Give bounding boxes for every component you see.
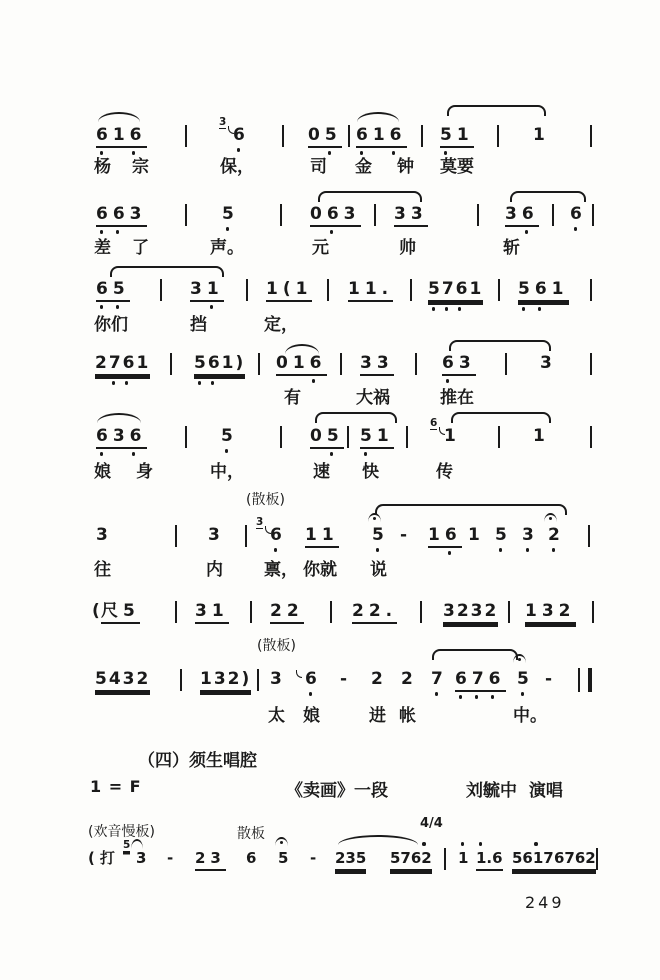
grace-note: 3 bbox=[256, 516, 263, 529]
octave-dot-low bbox=[526, 548, 530, 552]
grace-note: 6 bbox=[430, 417, 437, 430]
note-group: 51 bbox=[360, 425, 394, 449]
barline bbox=[592, 601, 594, 623]
note-group: 2761 bbox=[95, 352, 150, 376]
lyric-syllable: 娘 bbox=[303, 706, 320, 726]
barline bbox=[592, 204, 594, 226]
barline bbox=[410, 279, 412, 301]
note-group: 1.6 bbox=[476, 847, 503, 871]
tempo-label: (欢音慢板) bbox=[88, 821, 155, 841]
barline bbox=[588, 525, 590, 547]
note-group: 5 bbox=[278, 847, 293, 869]
note-group: 23 bbox=[195, 847, 226, 871]
octave-dot-low bbox=[125, 381, 129, 385]
note-group: 3 bbox=[540, 352, 557, 374]
octave-dot-low bbox=[116, 230, 120, 234]
note-group: 5 bbox=[517, 668, 534, 690]
note-group: 5 bbox=[222, 203, 239, 225]
note-group: 5432 bbox=[95, 668, 150, 692]
note-group: 235 bbox=[335, 847, 366, 871]
note-group: 16 bbox=[428, 524, 462, 548]
lyric-syllable: 差 bbox=[94, 238, 111, 258]
note-group: 016 bbox=[276, 352, 327, 376]
grace-note: 3 bbox=[219, 116, 226, 129]
note-group: 1 bbox=[533, 425, 550, 447]
lyric-syllable: 斩 bbox=[503, 238, 520, 258]
note-group: 1 bbox=[533, 124, 550, 146]
barline bbox=[250, 601, 252, 623]
lyric-syllable: 大祸 bbox=[356, 388, 390, 408]
note-group: 33 bbox=[360, 352, 394, 376]
note-group: 561) bbox=[194, 352, 245, 376]
octave-dot-low bbox=[330, 452, 334, 456]
note-group: 636 bbox=[96, 425, 147, 449]
note-group: 1 bbox=[468, 524, 485, 546]
barline bbox=[246, 279, 248, 301]
octave-dot-low bbox=[312, 379, 316, 383]
note-group: 6 bbox=[246, 847, 261, 869]
octave-dot-low bbox=[274, 548, 278, 552]
note-group: 5 bbox=[495, 524, 512, 546]
barline bbox=[477, 204, 479, 226]
lyric-syllable: 挡 bbox=[190, 315, 207, 335]
lyric-syllable: 说 bbox=[370, 560, 387, 580]
note-group: 22 bbox=[270, 600, 304, 624]
octave-dot-low bbox=[552, 548, 556, 552]
note-group: 616 bbox=[356, 124, 407, 148]
octave-dot-low bbox=[435, 692, 439, 696]
note-group: 6762 bbox=[554, 847, 596, 871]
tempo-label: (散板) bbox=[257, 635, 296, 655]
note-group: 36 bbox=[505, 203, 539, 227]
octave-dot-low bbox=[112, 381, 116, 385]
note-group: 11 bbox=[305, 524, 339, 548]
note-group: 31 bbox=[190, 278, 224, 302]
barline bbox=[348, 125, 350, 147]
note-group: 5 bbox=[221, 425, 238, 447]
note-group: 63 bbox=[442, 352, 476, 376]
barline bbox=[498, 279, 500, 301]
note-group: 22. bbox=[352, 600, 397, 624]
barline bbox=[257, 669, 259, 691]
lyric-syllable: 钟 bbox=[397, 157, 414, 177]
tempo-label: 散板 bbox=[237, 823, 265, 843]
note-group: 2 bbox=[548, 524, 565, 546]
slur-bracket bbox=[510, 191, 586, 202]
barline bbox=[590, 353, 592, 375]
octave-dot-low bbox=[328, 151, 332, 155]
barline bbox=[505, 353, 507, 375]
slur-bracket bbox=[432, 649, 518, 660]
octave-dot-low bbox=[309, 692, 313, 696]
barline bbox=[185, 204, 187, 226]
note-group: 6 bbox=[270, 524, 287, 546]
slur-bracket bbox=[449, 340, 551, 351]
octave-dot-low bbox=[499, 548, 503, 552]
barline bbox=[590, 279, 592, 301]
lyric-syllable: 杨 bbox=[94, 157, 111, 177]
barline bbox=[420, 601, 422, 623]
octave-dot-low bbox=[100, 452, 104, 456]
octave-dot-low bbox=[521, 692, 525, 696]
octave-dot-low bbox=[198, 381, 202, 385]
lyric-syllable: 进 bbox=[369, 706, 386, 726]
barline bbox=[175, 525, 177, 547]
slur-arc bbox=[97, 413, 141, 423]
grace-hook bbox=[296, 670, 302, 678]
octave-dot-high bbox=[534, 842, 538, 846]
note-group: (打 bbox=[88, 847, 120, 869]
barline bbox=[444, 848, 446, 870]
lyric-syllable: 推在 bbox=[440, 388, 474, 408]
note-group: 6 bbox=[233, 124, 250, 146]
octave-dot-high bbox=[461, 842, 465, 846]
note-group: - bbox=[167, 847, 178, 869]
note-group: 6 bbox=[570, 203, 587, 225]
octave-dot-low bbox=[100, 151, 104, 155]
lyric-syllable: 宗 bbox=[132, 157, 149, 177]
barline bbox=[374, 204, 376, 226]
lyric-syllable: 帅 bbox=[399, 238, 416, 258]
barline bbox=[596, 848, 598, 870]
note-group: 7 bbox=[431, 668, 448, 690]
slur-arc bbox=[285, 344, 319, 354]
lyric-syllable: 传 bbox=[436, 462, 453, 482]
octave-dot-low bbox=[459, 695, 463, 699]
octave-dot-low bbox=[522, 307, 526, 311]
barline bbox=[180, 669, 182, 691]
barline bbox=[185, 125, 187, 147]
lyric-syllable: 保， bbox=[220, 157, 254, 177]
octave-dot-high bbox=[422, 842, 426, 846]
lyric-syllable: 内 bbox=[206, 560, 223, 580]
note-group: 3 bbox=[270, 668, 287, 690]
barline bbox=[175, 601, 177, 623]
barline bbox=[280, 204, 282, 226]
barline bbox=[406, 426, 408, 448]
scanned-jianpu-score-page: （四）须生唱腔 1 = F 《卖画》一段 刘毓中 演唱 249 61636056… bbox=[0, 0, 660, 980]
octave-dot-low bbox=[448, 551, 452, 555]
barline bbox=[497, 125, 499, 147]
page-number: 249 bbox=[525, 893, 565, 912]
lyric-syllable: 快 bbox=[362, 462, 379, 482]
octave-dot-low bbox=[458, 307, 462, 311]
note-group: 5761 bbox=[428, 278, 483, 302]
lyric-syllable: 中， bbox=[210, 462, 244, 482]
note-group: 5 bbox=[372, 524, 389, 546]
piece-title: 《卖画》一段 bbox=[286, 776, 388, 801]
note-group: 1 bbox=[444, 425, 461, 447]
note-group: 132) bbox=[200, 668, 251, 692]
note-group: 51 bbox=[440, 124, 474, 148]
lyric-syllable: 了 bbox=[132, 238, 149, 258]
note-group: 5762 bbox=[390, 847, 432, 871]
time-signature: 4/4 bbox=[420, 816, 443, 831]
barline bbox=[280, 426, 282, 448]
barline bbox=[508, 601, 510, 623]
octave-dot-low bbox=[432, 307, 436, 311]
lyric-syllable: 金 bbox=[355, 157, 372, 177]
octave-dot-low bbox=[444, 151, 448, 155]
lyric-syllable: 莫要 bbox=[440, 157, 474, 177]
note-group: 11. bbox=[348, 278, 393, 302]
barline bbox=[590, 426, 592, 448]
lyric-syllable: 你就 bbox=[303, 560, 337, 580]
note-group: 05 bbox=[308, 124, 342, 148]
note-group: 6 bbox=[305, 668, 322, 690]
note-group: 1(1 bbox=[266, 278, 312, 302]
barline bbox=[340, 353, 342, 375]
note-group: 1 bbox=[458, 847, 473, 869]
lyric-syllable: 有 bbox=[284, 388, 301, 408]
octave-dot-low bbox=[100, 230, 104, 234]
note-group: 31 bbox=[195, 600, 229, 624]
note-group: 33 bbox=[394, 203, 428, 227]
performer-credit: 刘毓中 演唱 bbox=[466, 776, 563, 801]
fermata-mark bbox=[513, 654, 526, 663]
note-group: - bbox=[545, 668, 557, 690]
lyric-syllable: 司 bbox=[310, 157, 327, 177]
barline bbox=[160, 279, 162, 301]
note-group: 5617 bbox=[512, 847, 554, 871]
note-group: 063 bbox=[310, 203, 361, 227]
barline bbox=[421, 125, 423, 147]
barline bbox=[258, 353, 260, 375]
note-group: 05 bbox=[310, 425, 344, 449]
slur-bracket bbox=[315, 412, 397, 423]
lyric-syllable: 娘 bbox=[94, 462, 111, 482]
barline bbox=[170, 353, 172, 375]
note-group: 3232 bbox=[443, 600, 498, 624]
barline bbox=[282, 125, 284, 147]
octave-dot-low bbox=[116, 305, 120, 309]
octave-dot-low bbox=[364, 452, 368, 456]
octave-dot-low bbox=[237, 148, 241, 152]
barline bbox=[347, 426, 349, 448]
octave-dot-low bbox=[446, 379, 450, 383]
octave-dot-low bbox=[330, 230, 334, 234]
note-group: 132 bbox=[525, 600, 576, 624]
octave-dot-low bbox=[132, 151, 136, 155]
note-group: 663 bbox=[96, 203, 147, 227]
octave-dot-low bbox=[132, 452, 136, 456]
note-group: 3 bbox=[136, 847, 151, 869]
octave-dot-low bbox=[574, 227, 578, 231]
octave-dot-low bbox=[445, 307, 449, 311]
barline bbox=[330, 601, 332, 623]
octave-dot-low bbox=[226, 227, 230, 231]
note-group: - bbox=[310, 847, 321, 869]
lyric-syllable: 声。 bbox=[210, 238, 244, 258]
octave-dot-low bbox=[475, 695, 479, 699]
slur-bracket bbox=[451, 412, 551, 423]
note-group: 3 bbox=[96, 524, 113, 546]
octave-dot-low bbox=[392, 151, 396, 155]
key-signature: 1 = F bbox=[90, 777, 142, 796]
note-group: 65 bbox=[96, 278, 130, 302]
slur-bracket bbox=[318, 191, 422, 202]
final-barline bbox=[578, 668, 592, 692]
lyric-syllable: 速 bbox=[313, 462, 330, 482]
barline bbox=[498, 426, 500, 448]
lyric-syllable: 中。 bbox=[513, 706, 547, 726]
barline bbox=[245, 525, 247, 547]
tempo-label: (散板) bbox=[246, 489, 285, 509]
barline bbox=[590, 125, 592, 147]
barline bbox=[552, 204, 554, 226]
note-group: 3 bbox=[208, 524, 225, 546]
slur-bracket bbox=[447, 105, 546, 116]
note-group: 616 bbox=[96, 124, 147, 148]
lyric-syllable: 元 bbox=[312, 238, 329, 258]
octave-dot-low bbox=[491, 695, 495, 699]
octave-dot-low bbox=[360, 151, 364, 155]
lyric-syllable: 身 bbox=[136, 462, 153, 482]
note-group: 尺5 bbox=[101, 600, 140, 624]
fermata-mark bbox=[275, 837, 288, 846]
note-group: - bbox=[340, 668, 352, 690]
slur-arc bbox=[357, 112, 399, 122]
octave-dot-low bbox=[225, 449, 229, 453]
octave-dot-high bbox=[479, 842, 483, 846]
slur-bracket bbox=[110, 266, 224, 277]
note-group: 676 bbox=[455, 668, 506, 692]
slur-arc bbox=[338, 835, 418, 845]
barline bbox=[185, 426, 187, 448]
slur-arc bbox=[98, 112, 140, 122]
lyric-syllable: 太 bbox=[268, 706, 285, 726]
octave-dot-low bbox=[376, 548, 380, 552]
octave-dot-low bbox=[538, 307, 542, 311]
note-group: 3 bbox=[522, 524, 539, 546]
lyric-syllable: 定， bbox=[264, 315, 298, 335]
note-group: 561 bbox=[518, 278, 569, 302]
lyric-syllable: 帐 bbox=[399, 706, 416, 726]
octave-dot-low bbox=[211, 381, 215, 385]
octave-dot-low bbox=[525, 230, 529, 234]
lyric-syllable: 你们 bbox=[94, 315, 128, 335]
octave-dot-low bbox=[100, 305, 104, 309]
note-group: 2 bbox=[401, 668, 418, 690]
note-group: 2 bbox=[371, 668, 388, 690]
lyric-syllable: 往 bbox=[94, 560, 111, 580]
lyric-syllable: 禀， bbox=[264, 560, 298, 580]
slur-bracket bbox=[375, 504, 567, 515]
section-heading: （四）须生唱腔 bbox=[138, 746, 257, 771]
barline bbox=[327, 279, 329, 301]
note-group: - bbox=[400, 524, 412, 546]
barline bbox=[415, 353, 417, 375]
octave-dot-low bbox=[210, 305, 214, 309]
